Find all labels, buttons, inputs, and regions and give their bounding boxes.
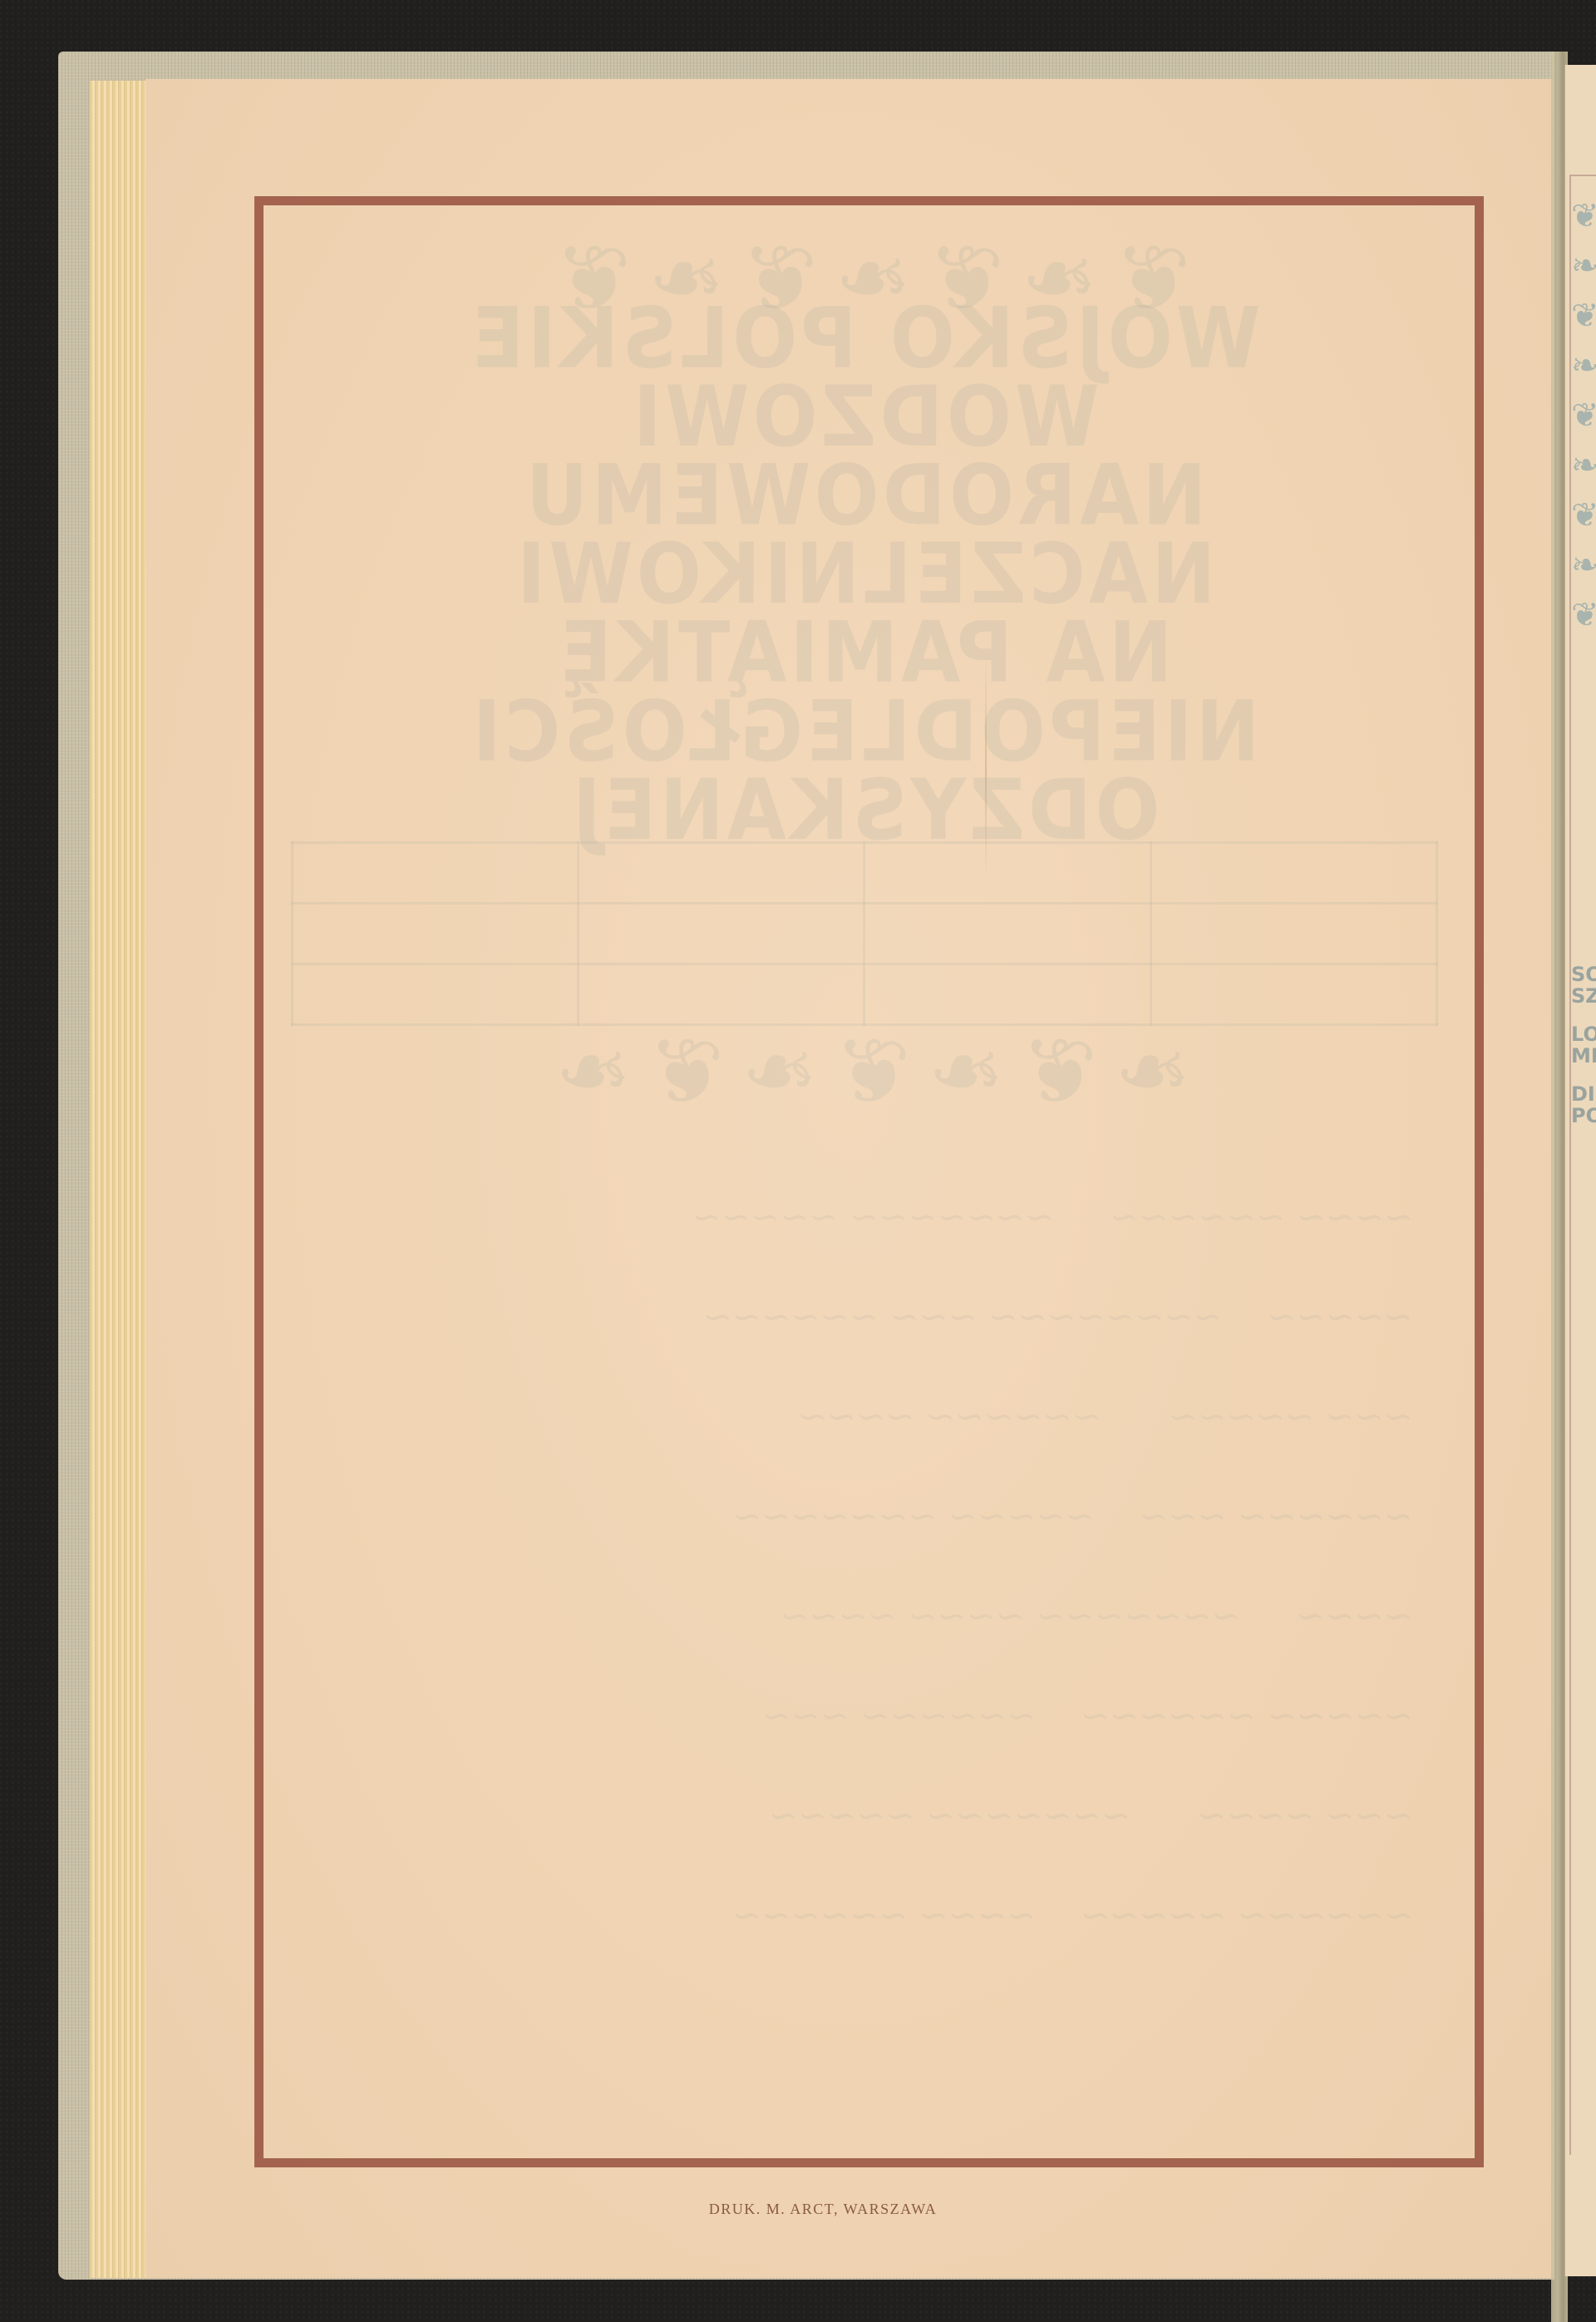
- adjacent-fragment: DI: [1571, 1084, 1595, 1104]
- adjacent-fragment: SO: [1571, 964, 1596, 984]
- adjacent-fragment: PO: [1571, 1106, 1596, 1126]
- imprint-text: DRUK. M. ARCT, WARSZAWA: [709, 2201, 937, 2217]
- printer-imprint: DRUK. M. ARCT, WARSZAWA: [0, 2201, 1596, 2218]
- adjacent-fragment: SZ: [1571, 986, 1596, 1006]
- decorative-border-frame: [254, 196, 1484, 2167]
- page-edges: [90, 81, 146, 2278]
- adjacent-page-ornament-icon: ❦❧❦❧❦❧❦❧❦: [1571, 191, 1596, 690]
- adjacent-fragment: LO: [1571, 1024, 1596, 1044]
- adjacent-fragment: MI: [1571, 1046, 1596, 1066]
